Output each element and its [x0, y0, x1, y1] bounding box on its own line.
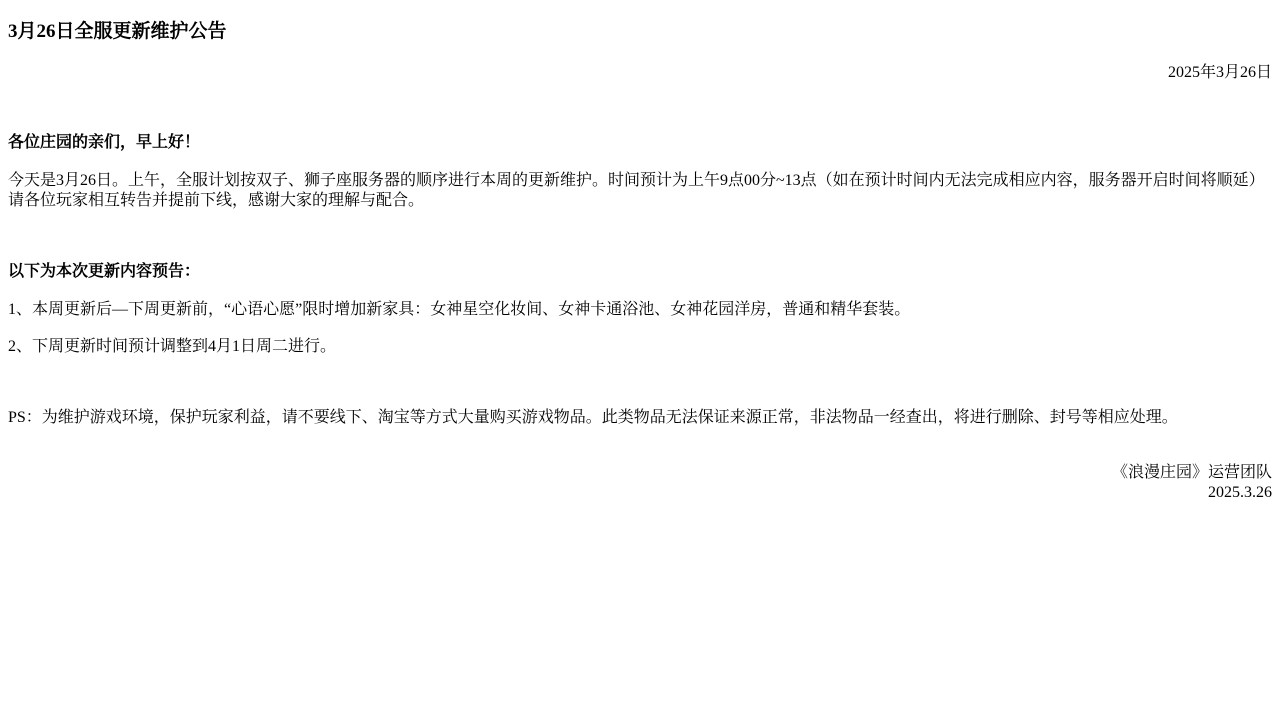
intro-line-2: 请各位玩家相互转告并提前下线，感谢大家的理解与配合。	[8, 191, 1272, 211]
intro-paragraph: 今天是3月26日。上午，全服计划按双子、狮子座服务器的顺序进行本周的更新维护。时…	[8, 171, 1272, 211]
announcement-title: 3月26日全服更新维护公告	[8, 21, 227, 43]
update-item-1: 1、本周更新后—下周更新前，“心语心愿”限时增加新家具：女神星空化妆间、女神卡通…	[8, 300, 1272, 320]
announcement-date: 2025年3月26日	[1168, 63, 1272, 83]
signature-date: 2025.3.26	[8, 483, 1272, 503]
greeting: 各位庄园的亲们，早上好！	[8, 133, 1272, 153]
signature-block: 《浪漫庄园》运营团队 2025.3.26	[8, 463, 1272, 503]
content-heading: 以下为本次更新内容预告：	[8, 262, 1272, 282]
intro-line-1: 今天是3月26日。上午，全服计划按双子、狮子座服务器的顺序进行本周的更新维护。时…	[8, 171, 1272, 191]
ps-notice: PS：为维护游戏环境，保护玩家利益，请不要线下、淘宝等方式大量购买游戏物品。此类…	[8, 408, 1272, 428]
signature-team: 《浪漫庄园》运营团队	[8, 463, 1272, 483]
update-item-2: 2、下周更新时间预计调整到4月1日周二进行。	[8, 337, 1272, 357]
